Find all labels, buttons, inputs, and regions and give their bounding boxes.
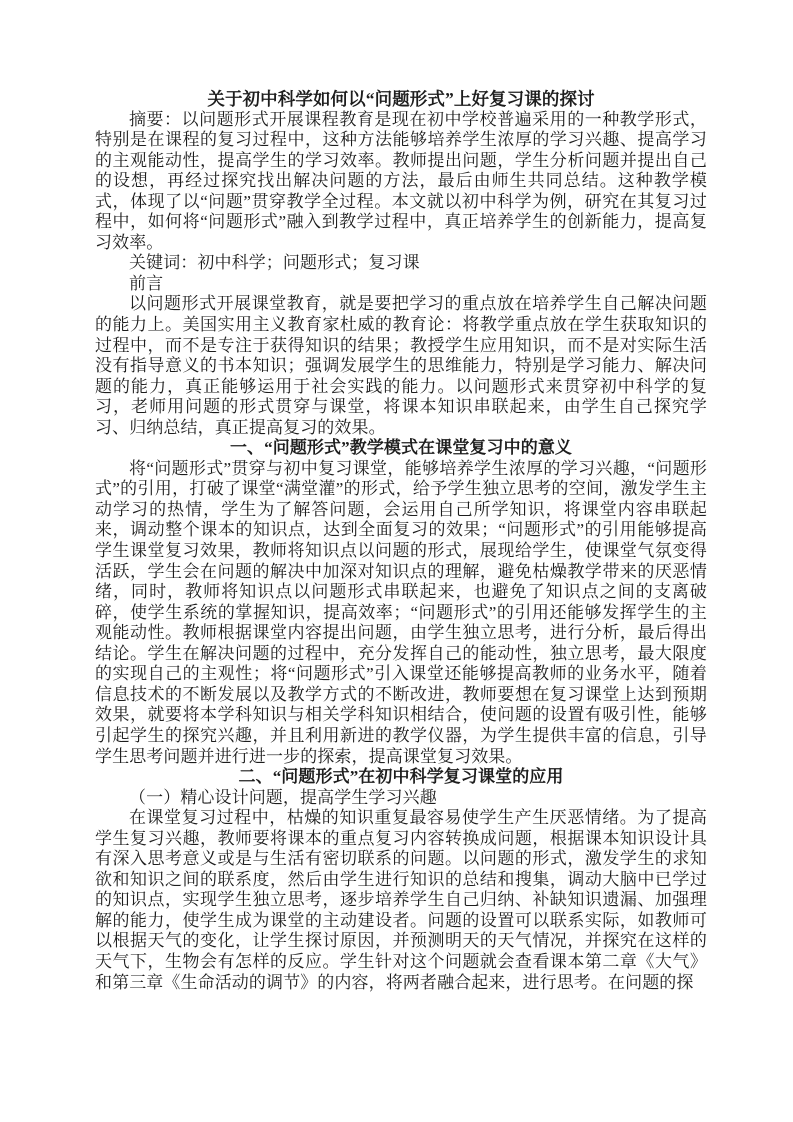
paragraph: （一）精心设计问题，提高学生学习兴趣 bbox=[95, 788, 707, 809]
document-body: 关于初中科学如何以“问题形式”上好复习课的探讨摘要：以问题形式开展课程教育是现在… bbox=[95, 89, 707, 993]
paragraph: 关键词：初中科学；问题形式；复习课 bbox=[95, 253, 707, 274]
section-heading: 二、“问题形式”在初中科学复习课堂的应用 bbox=[95, 767, 707, 788]
paragraph: 将“问题形式”贯穿与初中复习课堂，能够培养学生浓厚的学习兴趣，“问题形式”的引用… bbox=[95, 459, 707, 767]
paragraph: 摘要：以问题形式开展课程教育是现在初中学校普遍采用的一种教学形式，特别是在课程的… bbox=[95, 110, 707, 254]
document-title: 关于初中科学如何以“问题形式”上好复习课的探讨 bbox=[95, 89, 707, 110]
paragraph: 以问题形式开展课堂教育，就是要把学习的重点放在培养学生自己解决问题的能力上。美国… bbox=[95, 294, 707, 438]
document-page: 关于初中科学如何以“问题形式”上好复习课的探讨摘要：以问题形式开展课程教育是现在… bbox=[0, 0, 793, 1122]
section-heading: 一、“问题形式”教学模式在课堂复习中的意义 bbox=[95, 438, 707, 459]
paragraph: 前言 bbox=[95, 274, 707, 295]
paragraph: 在课堂复习过程中，枯燥的知识重复最容易使学生产生厌恶情绪。为了提高学生复习兴趣，… bbox=[95, 808, 707, 993]
